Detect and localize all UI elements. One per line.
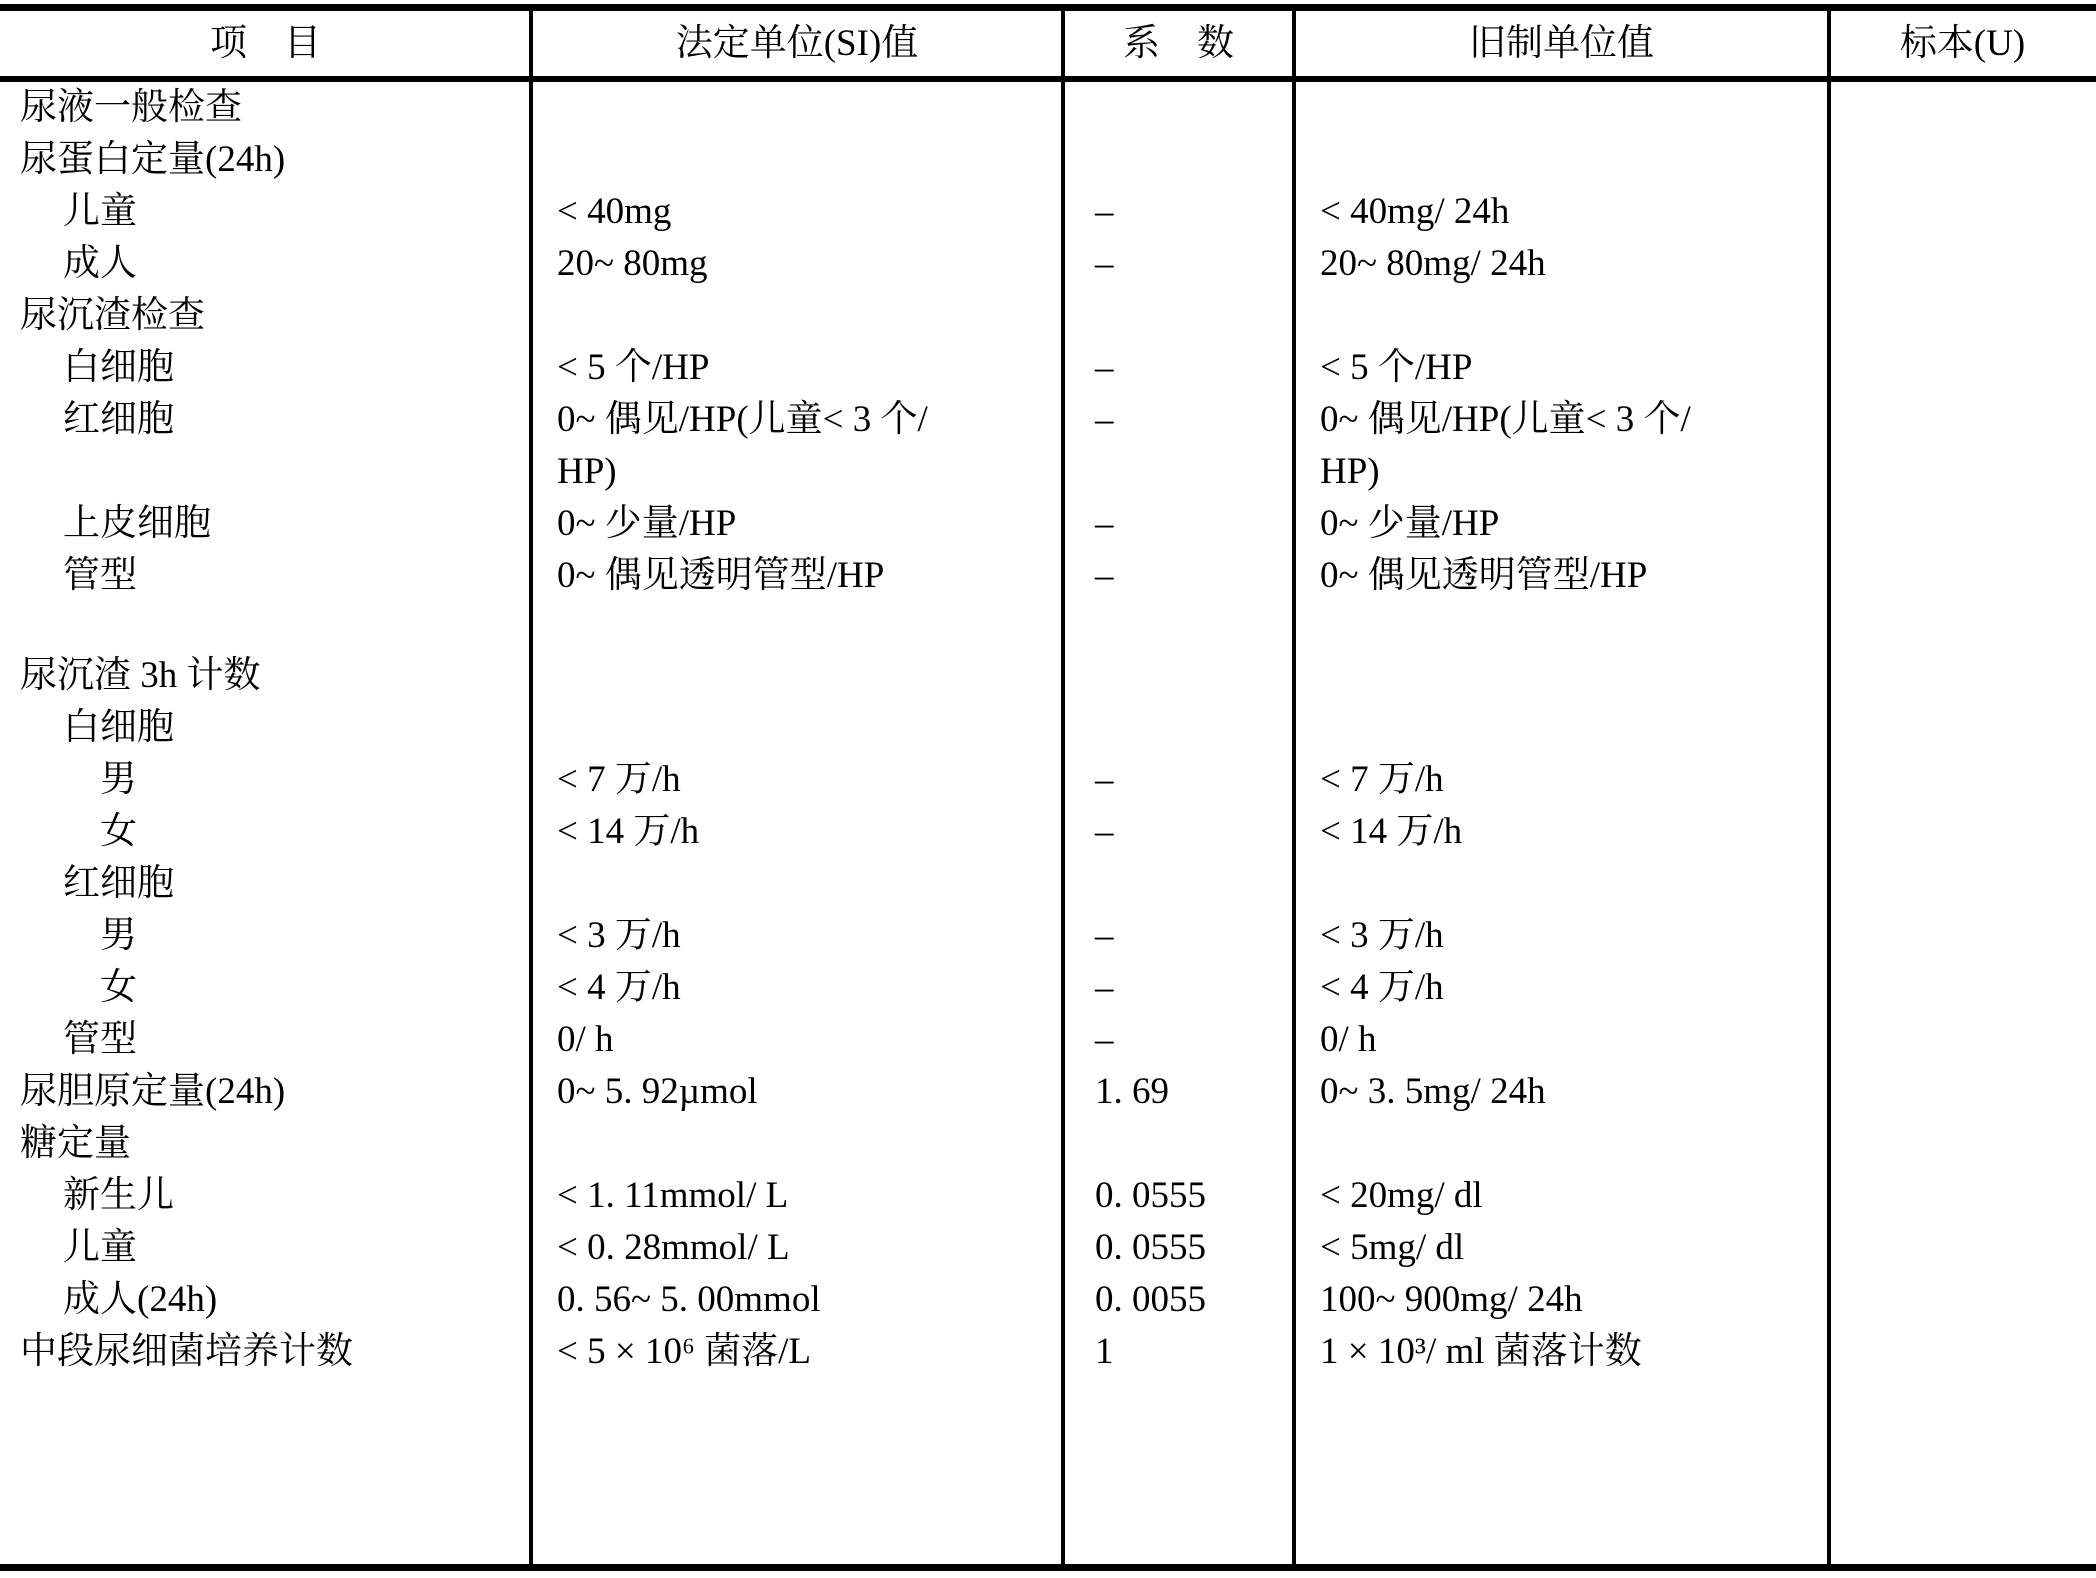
cell-old-unit-value: [1294, 602, 1829, 650]
cell-item: 成人(24h): [0, 1274, 531, 1326]
cell-specimen: [1829, 1222, 2096, 1274]
cell-coefficient: –: [1063, 1014, 1294, 1066]
cell-coefficient: [1063, 650, 1294, 702]
table-row: 尿胆原定量(24h) 0~ 5. 92µmol 1. 69 0~ 3. 5mg/…: [0, 1066, 2096, 1118]
cell-si-value: [531, 82, 1063, 134]
column-header-coefficient: 系 数: [1063, 11, 1294, 76]
cell-coefficient: [1063, 858, 1294, 910]
cell-specimen: [1829, 498, 2096, 550]
cell-coefficient: –: [1063, 910, 1294, 962]
cell-item: 尿沉渣 3h 计数: [0, 650, 531, 702]
cell-item: 糖定量: [0, 1118, 531, 1170]
cell-item: 白细胞: [0, 702, 531, 754]
cell-item: 成人: [0, 238, 531, 290]
cell-si-value: < 5 个/HP: [531, 342, 1063, 394]
cell-specimen: [1829, 806, 2096, 858]
column-header-specimen: 标本(U): [1829, 11, 2096, 76]
cell-si-value: < 5 × 10⁶ 菌落/L: [531, 1326, 1063, 1378]
cell-si-value: < 4 万/h: [531, 962, 1063, 1014]
table-row: 管型 0~ 偶见透明管型/HP – 0~ 偶见透明管型/HP: [0, 550, 2096, 602]
cell-si-value: 0~ 少量/HP: [531, 498, 1063, 550]
cell-coefficient: –: [1063, 498, 1294, 550]
cell-specimen: [1829, 702, 2096, 754]
cell-item: 尿液一般检查: [0, 82, 531, 134]
cell-specimen: [1829, 238, 2096, 290]
cell-coefficient: 0. 0555: [1063, 1222, 1294, 1274]
cell-coefficient: –: [1063, 342, 1294, 394]
table-row: 新生儿 < 1. 11mmol/ L 0. 0555 < 20mg/ dl: [0, 1170, 2096, 1222]
table-top-border: [0, 4, 2096, 11]
table-row: [0, 602, 2096, 650]
cell-old-unit-value: 100~ 900mg/ 24h: [1294, 1274, 1829, 1326]
cell-specimen: [1829, 1118, 2096, 1170]
cell-specimen: [1829, 1066, 2096, 1118]
cell-coefficient: 0. 0555: [1063, 1170, 1294, 1222]
cell-coefficient: –: [1063, 238, 1294, 290]
cell-old-unit-value: 0~ 3. 5mg/ 24h: [1294, 1066, 1829, 1118]
cell-si-value: < 14 万/h: [531, 806, 1063, 858]
cell-specimen: [1829, 550, 2096, 602]
table-row: 成人(24h) 0. 56~ 5. 00mmol 0. 0055 100~ 90…: [0, 1274, 2096, 1326]
cell-coefficient: –: [1063, 394, 1294, 498]
cell-coefficient: [1063, 602, 1294, 650]
cell-coefficient: –: [1063, 806, 1294, 858]
table-row: 上皮细胞 0~ 少量/HP – 0~ 少量/HP: [0, 498, 2096, 550]
cell-coefficient: [1063, 290, 1294, 342]
table-row: 成人 20~ 80mg – 20~ 80mg/ 24h: [0, 238, 2096, 290]
cell-si-value: [531, 134, 1063, 186]
cell-item: 尿蛋白定量(24h): [0, 134, 531, 186]
cell-si-value: < 3 万/h: [531, 910, 1063, 962]
cell-item: 男: [0, 910, 531, 962]
column-header-item: 项 目: [0, 11, 531, 76]
cell-specimen: [1829, 394, 2096, 498]
cell-item: 儿童: [0, 186, 531, 238]
cell-specimen: [1829, 134, 2096, 186]
table-row: 红细胞 0~ 偶见/HP(儿童< 3 个/ HP) – 0~ 偶见/HP(儿童<…: [0, 394, 2096, 498]
cell-old-unit-value: 0~ 偶见透明管型/HP: [1294, 550, 1829, 602]
cell-old-unit-value: < 14 万/h: [1294, 806, 1829, 858]
cell-coefficient: 1: [1063, 1326, 1294, 1378]
table-bottom-border: [0, 1564, 2096, 1571]
cell-item: 管型: [0, 1014, 531, 1066]
cell-old-unit-value: [1294, 290, 1829, 342]
cell-old-unit-value: [1294, 134, 1829, 186]
cell-old-unit-value: [1294, 82, 1829, 134]
cell-si-value: < 40mg: [531, 186, 1063, 238]
table-row: 尿液一般检查: [0, 82, 2096, 134]
cell-item: 女: [0, 962, 531, 1014]
cell-item: 男: [0, 754, 531, 806]
cell-coefficient: [1063, 134, 1294, 186]
cell-item: 新生儿: [0, 1170, 531, 1222]
cell-specimen: [1829, 910, 2096, 962]
cell-si-value: < 1. 11mmol/ L: [531, 1170, 1063, 1222]
cell-old-unit-value: [1294, 650, 1829, 702]
table-row: 中段尿细菌培养计数 < 5 × 10⁶ 菌落/L 1 1 × 10³/ ml 菌…: [0, 1326, 2096, 1378]
cell-old-unit-value: [1294, 1118, 1829, 1170]
cell-item: 白细胞: [0, 342, 531, 394]
cell-item: 女: [0, 806, 531, 858]
cell-specimen: [1829, 1170, 2096, 1222]
cell-old-unit-value: 0~ 少量/HP: [1294, 498, 1829, 550]
table-row: 尿沉渣检查: [0, 290, 2096, 342]
cell-si-value: 0/ h: [531, 1014, 1063, 1066]
cell-specimen: [1829, 290, 2096, 342]
cell-old-unit-value: [1294, 702, 1829, 754]
column-header-old-unit-value: 旧制单位值: [1294, 11, 1829, 76]
cell-si-value: [531, 650, 1063, 702]
cell-coefficient: [1063, 1118, 1294, 1170]
cell-coefficient: [1063, 82, 1294, 134]
cell-old-unit-value: 1 × 10³/ ml 菌落计数: [1294, 1326, 1829, 1378]
cell-old-unit-value: < 5 个/HP: [1294, 342, 1829, 394]
table-row: 儿童 < 0. 28mmol/ L 0. 0555 < 5mg/ dl: [0, 1222, 2096, 1274]
table-row: 儿童 < 40mg – < 40mg/ 24h: [0, 186, 2096, 238]
cell-item: 管型: [0, 550, 531, 602]
scanned-reference-table-page: 项 目 法定单位(SI)值 系 数 旧制单位值 标本(U) 尿液一般检查 尿蛋白…: [0, 0, 2096, 1578]
table-row: 女 < 4 万/h – < 4 万/h: [0, 962, 2096, 1014]
cell-coefficient: –: [1063, 754, 1294, 806]
cell-old-unit-value: [1294, 858, 1829, 910]
cell-si-value: [531, 858, 1063, 910]
table-row: 管型 0/ h – 0/ h: [0, 1014, 2096, 1066]
cell-coefficient: 0. 0055: [1063, 1274, 1294, 1326]
cell-item: 尿胆原定量(24h): [0, 1066, 531, 1118]
cell-item: 红细胞: [0, 858, 531, 910]
cell-si-value: 0. 56~ 5. 00mmol: [531, 1274, 1063, 1326]
cell-specimen: [1829, 82, 2096, 134]
cell-old-unit-value: < 7 万/h: [1294, 754, 1829, 806]
cell-si-value: < 7 万/h: [531, 754, 1063, 806]
cell-si-value: 0~ 5. 92µmol: [531, 1066, 1063, 1118]
cell-si-value: [531, 602, 1063, 650]
cell-old-unit-value: < 3 万/h: [1294, 910, 1829, 962]
cell-specimen: [1829, 650, 2096, 702]
cell-old-unit-value: < 5mg/ dl: [1294, 1222, 1829, 1274]
cell-old-unit-value: 20~ 80mg/ 24h: [1294, 238, 1829, 290]
cell-specimen: [1829, 1274, 2096, 1326]
cell-coefficient: 1. 69: [1063, 1066, 1294, 1118]
cell-si-value: 20~ 80mg: [531, 238, 1063, 290]
cell-item: 中段尿细菌培养计数: [0, 1326, 531, 1378]
cell-item: 尿沉渣检查: [0, 290, 531, 342]
table-header-row: 项 目 法定单位(SI)值 系 数 旧制单位值 标本(U): [0, 11, 2096, 76]
cell-old-unit-value: < 20mg/ dl: [1294, 1170, 1829, 1222]
table-row: 男 < 7 万/h – < 7 万/h: [0, 754, 2096, 806]
table-row: 白细胞 < 5 个/HP – < 5 个/HP: [0, 342, 2096, 394]
table-row: 女 < 14 万/h – < 14 万/h: [0, 806, 2096, 858]
cell-specimen: [1829, 186, 2096, 238]
cell-si-value: 0~ 偶见/HP(儿童< 3 个/ HP): [531, 394, 1063, 498]
table-row: 红细胞: [0, 858, 2096, 910]
cell-specimen: [1829, 1326, 2096, 1378]
cell-si-value: 0~ 偶见透明管型/HP: [531, 550, 1063, 602]
cell-item: 儿童: [0, 1222, 531, 1274]
cell-old-unit-value: 0/ h: [1294, 1014, 1829, 1066]
cell-item: 红细胞: [0, 394, 531, 498]
column-header-si-value: 法定单位(SI)值: [531, 11, 1063, 76]
table-row: 糖定量: [0, 1118, 2096, 1170]
cell-si-value: [531, 290, 1063, 342]
cell-coefficient: –: [1063, 186, 1294, 238]
cell-specimen: [1829, 1014, 2096, 1066]
cell-si-value: < 0. 28mmol/ L: [531, 1222, 1063, 1274]
table-row: 尿蛋白定量(24h): [0, 134, 2096, 186]
cell-old-unit-value: < 4 万/h: [1294, 962, 1829, 1014]
table-body: 尿液一般检查 尿蛋白定量(24h) 儿童 < 40mg – < 40mg/ 24…: [0, 82, 2096, 1378]
table-row: 男 < 3 万/h – < 3 万/h: [0, 910, 2096, 962]
cell-specimen: [1829, 342, 2096, 394]
cell-item: 上皮细胞: [0, 498, 531, 550]
cell-specimen: [1829, 962, 2096, 1014]
cell-specimen: [1829, 754, 2096, 806]
cell-old-unit-value: 0~ 偶见/HP(儿童< 3 个/ HP): [1294, 394, 1829, 498]
cell-specimen: [1829, 858, 2096, 910]
table-row: 尿沉渣 3h 计数: [0, 650, 2096, 702]
cell-si-value: [531, 1118, 1063, 1170]
cell-coefficient: –: [1063, 962, 1294, 1014]
cell-si-value: [531, 702, 1063, 754]
cell-old-unit-value: < 40mg/ 24h: [1294, 186, 1829, 238]
cell-specimen: [1829, 602, 2096, 650]
table-row: 白细胞: [0, 702, 2096, 754]
cell-coefficient: [1063, 702, 1294, 754]
cell-item: [0, 602, 531, 650]
cell-coefficient: –: [1063, 550, 1294, 602]
